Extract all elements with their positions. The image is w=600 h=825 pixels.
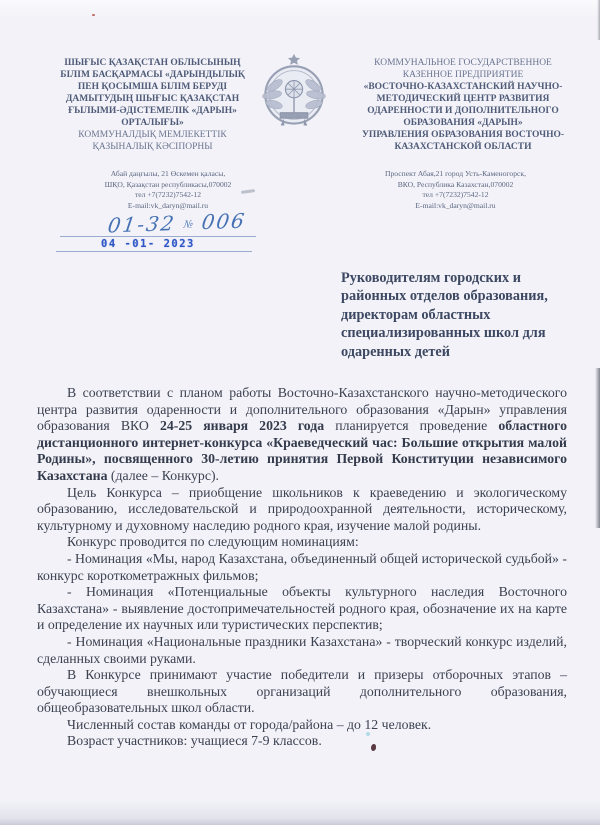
doc-number: 006: [200, 209, 248, 235]
scanned-letter-page: ШЫҒЫС ҚАЗАҚСТАН ОБЛЫСЫНЫҢ БІЛІМ БАСҚАРМА…: [0, 0, 600, 825]
svg-text:ҚАЗАҚСТАН: ҚАЗАҚСТАН: [281, 113, 306, 118]
paragraph: Цель Конкурса – приобщение школьников к …: [37, 485, 567, 535]
paragraph: Численный состав команды от города/район…: [37, 717, 567, 734]
outgoing-number-handwritten: 01-32 № 006: [90, 208, 263, 238]
letterhead-russian: КОММУНАЛЬНОЕ ГОСУДАРСТВЕННОЕ КАЗЕННОЕ ПР…: [343, 57, 583, 153]
org-type-ru: КОММУНАЛЬНОЕ ГОСУДАРСТВЕННОЕ КАЗЕННОЕ ПР…: [343, 57, 583, 81]
paragraph: - Номинация «Национальные праздники Каза…: [37, 634, 567, 667]
org-name-kk: ШЫҒЫС ҚАЗАҚСТАН ОБЛЫСЫНЫҢ БІЛІМ БАСҚАРМА…: [50, 57, 255, 129]
address-kazakh: Абай даңғылы, 21 Өскемен қаласы, ШҚО, Қа…: [78, 169, 258, 211]
paragraph: Конкурс проводится по следующим номинаци…: [37, 534, 567, 551]
scan-speck: [366, 732, 370, 736]
kazakhstan-emblem-icon: ҚАЗАҚСТАН: [252, 51, 336, 135]
body-paragraphs: В соответствии с планом работы Восточно-…: [37, 385, 567, 750]
paragraph: - Номинация «Потенциальные объекты культ…: [37, 584, 567, 634]
paragraph: В Конкурсе принимают участие победители …: [37, 667, 567, 717]
number-sign: №: [183, 219, 194, 230]
scan-speck: [92, 14, 95, 16]
date-underline: [56, 251, 252, 252]
scan-edge-shadow: [595, 368, 600, 528]
reference-underline: [60, 236, 256, 237]
addressee-block: Руководителям городских и районных отдел…: [341, 269, 579, 361]
paragraph: В соответствии с планом работы Восточно-…: [37, 385, 567, 485]
address-russian: Проспект Абая,21 город Усть-Каменогорск,…: [348, 169, 563, 211]
outgoing-number: 01-32: [106, 211, 177, 237]
org-name-ru: «ВОСТОЧНО-КАЗАХСТАНСКИЙ НАУЧНО- МЕТОДИЧЕ…: [343, 81, 583, 153]
org-type-kk: КОММУНАЛДЫҚ МЕМЛЕКЕТТІК ҚАЗЫНАЛЫҚ КӘСІПО…: [50, 129, 255, 153]
letterhead-kazakh: ШЫҒЫС ҚАЗАҚСТАН ОБЛЫСЫНЫҢ БІЛІМ БАСҚАРМА…: [50, 57, 255, 153]
paragraph: - Номинация «Мы, народ Казахстана, объед…: [37, 551, 567, 584]
date-stamp: 04 -01- 2023: [101, 238, 195, 250]
paragraph: Возраст участников: учащиеся 7-9 классов…: [37, 733, 567, 750]
